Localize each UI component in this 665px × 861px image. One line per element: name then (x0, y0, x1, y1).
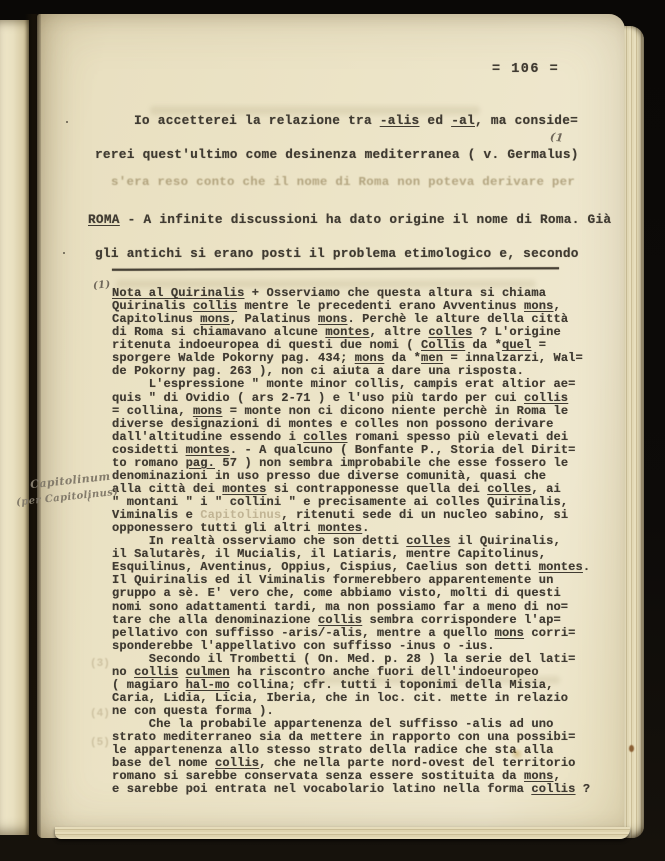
footnote-line: = collina, mons = monte non ci dicono ni… (112, 405, 617, 418)
footnote-reference-mark: (1 (549, 130, 564, 144)
footnote-line: diverse designazioni di montes e colles … (112, 418, 617, 431)
footnote-line: pellativo con suffisso -aris/-alis, ment… (112, 627, 617, 640)
page-edge-stack-right (624, 26, 644, 838)
footnote-line: tare che alla denominazione collis sembr… (112, 614, 617, 627)
paper-stain (509, 749, 525, 759)
footnote-line: denominazioni in uso presso due diverse … (112, 470, 617, 483)
footnote-line: quis " di Ovidio ( ars 2-71 ) e l'uso pi… (112, 392, 617, 405)
footnote-number-annotation: (1) (93, 279, 112, 291)
paper-speck (66, 121, 68, 123)
footnote-line: to romano pag. 57 ) non sembra improbabi… (112, 457, 617, 470)
footnote-line: sponderebbe l'appellativo con suffisso -… (112, 640, 617, 653)
paper-speck (629, 745, 634, 752)
footnote-line: e sarebbe poi entrata nel vocabolario la… (112, 783, 617, 796)
paragraph-line: gli antichi si erano posti il problema e… (95, 247, 579, 262)
book-photo: s'era reso conto che il nome di Roma non… (0, 0, 665, 861)
paper-speck (63, 252, 65, 254)
footnote-line: ( magiaro hal-mo collina; cfr. tutti i t… (112, 679, 617, 692)
bleed-through-text: s'era reso conto che il nome di Roma non… (111, 176, 575, 188)
footnote-line: nomi sono adattamenti tardi, ma non poss… (112, 601, 617, 614)
bleed-through-number: (3) (90, 658, 110, 670)
book-gutter-shadow (25, 14, 41, 840)
footnote-block: Nota al Quirinalis + Osserviamo che ques… (112, 287, 617, 796)
footnote-line: gruppo a sè. E' vero che, come abbiamo v… (112, 587, 617, 600)
page-number: = 106 = (492, 62, 559, 78)
paragraph-line: rerei quest'ultimo come desinenza medite… (95, 148, 579, 163)
margin-correction-mark: ~ (80, 491, 97, 505)
page-edge-stack-bottom (55, 827, 630, 839)
bleed-through-number: (5) (90, 737, 110, 749)
bleed-through-number: (4) (90, 708, 110, 720)
roma-heading-line: ROMA - A infinite discussioni ha dato or… (88, 213, 611, 228)
paragraph-line: Io accetterei la relazione tra -alis ed … (134, 114, 578, 129)
